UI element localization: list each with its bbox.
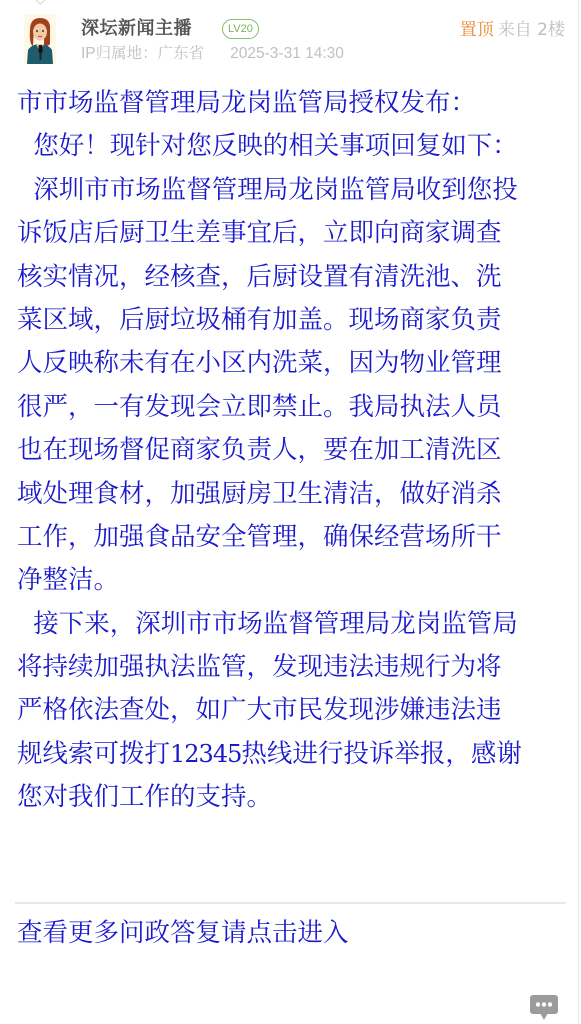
post-line: 核实情况，经核查，后厨设置有清洗池、洗 <box>17 256 567 299</box>
ip-location: IP归属地：广东省 <box>81 45 204 62</box>
post-line: 诉饭店后厨卫生差事宜后，立即向商家调查 <box>17 212 567 255</box>
post-line: 接下来，深圳市市场监督管理局龙岗监管局 <box>17 603 567 646</box>
avatar[interactable] <box>24 14 56 64</box>
post-line: 也在现场督促商家负责人，要在加工清洗区 <box>17 429 567 472</box>
post-header: 深坛新闻主播 LV20 IP归属地：广东省2025-3-31 14:30 置顶来… <box>0 0 581 75</box>
level-badge: LV20 <box>222 19 259 39</box>
post-timestamp: 2025-3-31 14:30 <box>230 45 344 62</box>
post-meta: IP归属地：广东省2025-3-31 14:30 <box>81 44 344 64</box>
post-line: 规线索可拨打12345热线进行投诉举报，感谢 <box>17 733 567 776</box>
post-line: 您对我们工作的支持。 <box>17 776 567 819</box>
pinned-label: 置顶 <box>460 20 494 40</box>
post-line: 工作，加强食品安全管理，确保经营场所干 <box>17 516 567 559</box>
post-line: 您好！现针对您反映的相关事项回复如下： <box>17 125 567 168</box>
divider <box>15 902 566 904</box>
post-line: 菜区域，后厨垃圾桶有加盖。现场商家负责 <box>17 299 567 342</box>
post-line: 市市场监督管理局龙岗监管局授权发布： <box>17 82 567 125</box>
post-line: 人反映称未有在小区内洗菜，因为物业管理 <box>17 342 567 385</box>
more-replies-link[interactable]: 查看更多问政答复请点击进入 <box>17 913 349 953</box>
post-line: 深圳市市场监督管理局龙岗监管局收到您投 <box>17 169 567 212</box>
post-line: 域处理食材，加强厨房卫生清洁，做好消杀 <box>17 473 567 516</box>
comment-button[interactable] <box>530 995 558 1021</box>
news-anchor-avatar-icon <box>24 14 56 64</box>
post-right-meta: 置顶来自 2楼 <box>460 18 565 42</box>
post-line: 很严，一有发现会立即禁止。我局执法人员 <box>17 386 567 429</box>
line-text: 规线索可拨打 <box>17 739 170 769</box>
comment-bubble-icon <box>530 995 558 1021</box>
post-body: 市市场监督管理局龙岗监管局授权发布： 您好！现针对您反映的相关事项回复如下： 深… <box>17 82 567 820</box>
hotline-number: 12345 <box>170 740 241 768</box>
right-border <box>578 0 579 1024</box>
post-line: 净整洁。 <box>17 559 567 602</box>
post-line: 严格依法查处，如广大市民发现涉嫌违法违 <box>17 689 567 732</box>
post-line: 将持续加强执法监管，发现违法违规行为将 <box>17 646 567 689</box>
floor-label: 来自 2楼 <box>498 20 565 40</box>
username[interactable]: 深坛新闻主播 <box>81 17 192 41</box>
line-text: 热线进行投诉举报，感谢 <box>241 739 522 769</box>
